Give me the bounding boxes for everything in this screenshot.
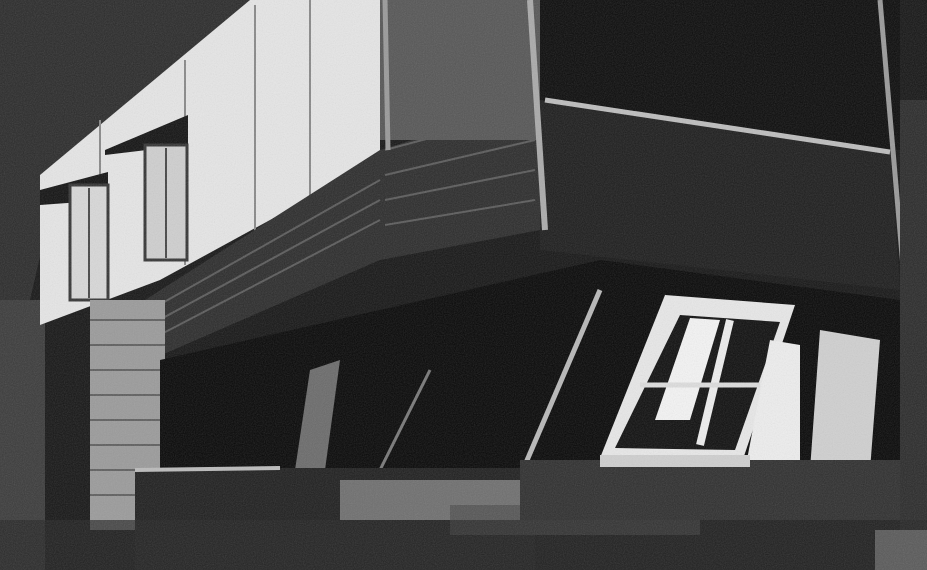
newspaper-photo: Damaged two-storey weatherboard house wi… — [0, 0, 927, 570]
halftone-grain — [0, 0, 927, 570]
photo-illustration — [0, 0, 927, 570]
